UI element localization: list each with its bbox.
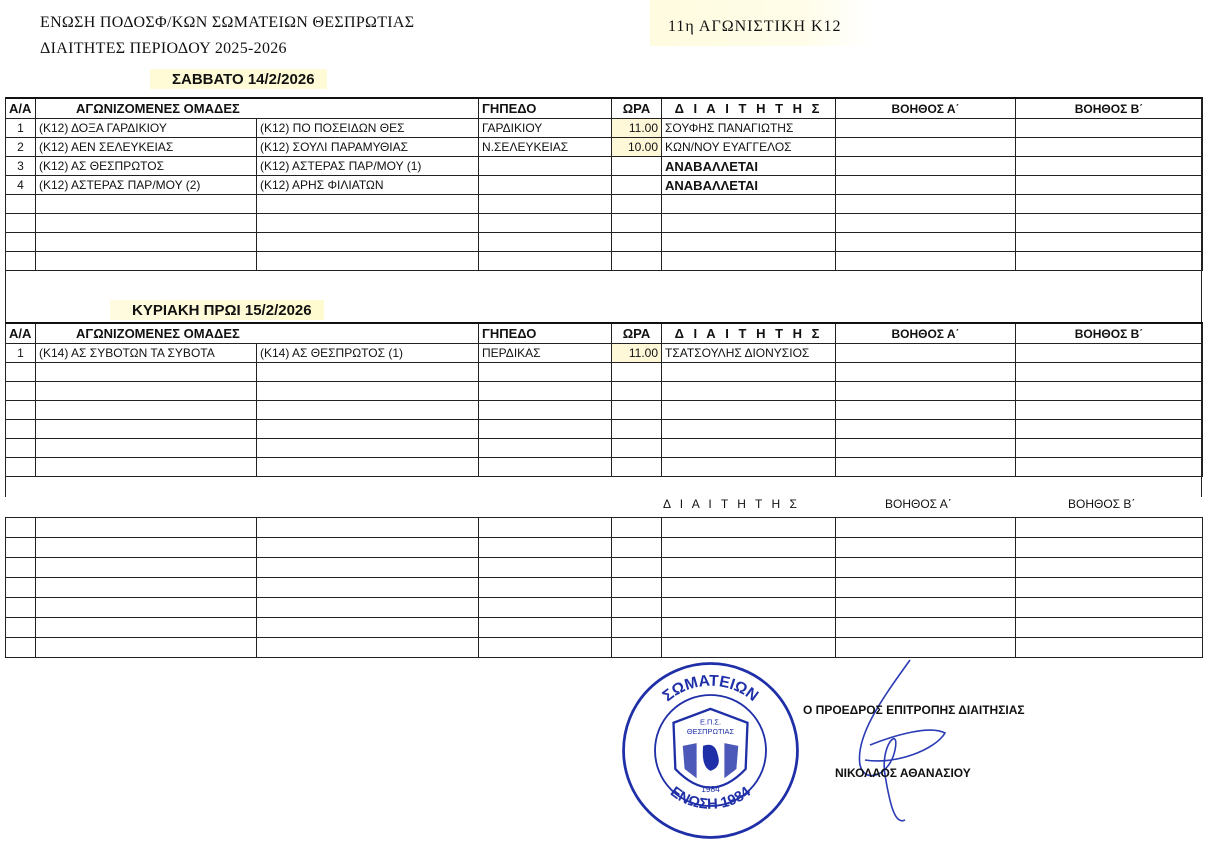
cell-away — [257, 458, 479, 477]
cell-referee — [662, 518, 836, 538]
table-row — [6, 458, 1203, 477]
cell-time — [612, 439, 662, 458]
table-row — [6, 420, 1203, 439]
cell-venue — [479, 420, 612, 439]
cell-away: (Κ12) ΣΟΥΛΙ ΠΑΡΑΜΥΘΙΑΣ — [257, 138, 479, 157]
cell-assistant-a — [836, 578, 1016, 598]
col-assistant-b: ΒΟΗΘΟΣ Β΄ — [1016, 323, 1203, 344]
cell-referee — [662, 578, 836, 598]
table-row — [6, 382, 1203, 401]
cell-time — [612, 382, 662, 401]
cell-referee — [662, 363, 836, 382]
cell-assistant-b — [1016, 233, 1203, 252]
cell-assistant-a — [836, 138, 1016, 157]
saturday-table: Α/Α ΑΓΩΝΙΖΟΜΕΝΕΣ ΟΜΑΔΕΣ ΓΗΠΕΔΟ ΩΡΑ Δ Ι Α… — [5, 97, 1203, 271]
cell-referee — [662, 233, 836, 252]
cell-assistant-b — [1016, 598, 1203, 618]
table-row — [6, 401, 1203, 420]
cell-venue — [479, 578, 612, 598]
cell-referee — [662, 382, 836, 401]
cell-venue: ΓΑΡΔΙΚΙΟΥ — [479, 119, 612, 138]
cell-time — [612, 538, 662, 558]
cell-home — [36, 401, 257, 420]
cell-away — [257, 382, 479, 401]
cell-aa — [6, 638, 36, 658]
cell-time — [612, 176, 662, 195]
cell-referee — [662, 638, 836, 658]
cell-away — [257, 538, 479, 558]
cell-aa — [6, 195, 36, 214]
table-row — [6, 233, 1203, 252]
cell-assistant-b — [1016, 638, 1203, 658]
cell-away — [257, 578, 479, 598]
table-row — [6, 363, 1203, 382]
cell-referee — [662, 214, 836, 233]
cell-home — [36, 458, 257, 477]
cell-referee — [662, 420, 836, 439]
extra-table — [5, 517, 1203, 658]
cell-time — [612, 233, 662, 252]
cell-assistant-b — [1016, 538, 1203, 558]
cell-home — [36, 233, 257, 252]
col-referee: Δ Ι Α Ι Τ Η Τ Η Σ — [662, 98, 836, 119]
cell-assistant-a — [836, 195, 1016, 214]
cell-assistant-a — [836, 252, 1016, 271]
cell-assistant-b — [1016, 420, 1203, 439]
cell-away: (Κ12) ΠΟ ΠΟΣΕΙΔΩΝ ΘΕΣ — [257, 119, 479, 138]
cell-home — [36, 195, 257, 214]
cell-aa — [6, 401, 36, 420]
cell-venue: ΠΕΡΔΙΚΑΣ — [479, 344, 612, 363]
cell-venue — [479, 538, 612, 558]
cell-home — [36, 439, 257, 458]
cell-aa: 1 — [6, 344, 36, 363]
cell-home — [36, 578, 257, 598]
table-row: 3(Κ12) ΑΣ ΘΕΣΠΡΩΤΟΣ(Κ12) ΑΣΤΕΡΑΣ ΠΑΡ/ΜΟΥ… — [6, 157, 1203, 176]
cell-aa — [6, 252, 36, 271]
cell-time: 11.00 — [612, 344, 662, 363]
period-subtitle: ΔΙΑΙΤΗΤΕΣ ΠΕΡΙΟΔΟΥ 2025-2026 — [40, 40, 287, 58]
extra-assistant-b-label: ΒΟΗΘΟΣ Β΄ — [1068, 497, 1135, 511]
cell-referee: ΤΣΑΤΣΟΥΛΗΣ ΔΙΟΝΥΣΙΟΣ — [662, 344, 836, 363]
cell-home — [36, 363, 257, 382]
extra-referee-label: Δ Ι Α Ι Τ Η Τ Η Σ — [663, 497, 800, 511]
cell-venue — [479, 598, 612, 618]
cell-assistant-b — [1016, 176, 1203, 195]
cell-time — [612, 618, 662, 638]
cell-away — [257, 363, 479, 382]
cell-time — [612, 195, 662, 214]
president-title: Ο ΠΡΟΕΔΡΟΣ ΕΠΙΤΡΟΠΗΣ ΔΙΑΙΤΗΣΙΑΣ — [803, 703, 1025, 717]
association-stamp: ΣΩΜΑΤΕΙΩΝ ΕΝΩΣΗ 1984 Ε.Π.Σ. ΘΕΣΠΡΩΤΙΑΣ 1… — [618, 658, 803, 843]
cell-aa — [6, 538, 36, 558]
cell-time: 11.00 — [612, 119, 662, 138]
extra-assistant-a-label: ΒΟΗΘΟΣ Α΄ — [885, 497, 952, 511]
cell-assistant-b — [1016, 618, 1203, 638]
cell-aa — [6, 214, 36, 233]
cell-referee: ΑΝΑΒΑΛΛΕΤΑΙ — [662, 176, 836, 195]
table-row: 4(Κ12) ΑΣΤΕΡΑΣ ΠΑΡ/ΜΟΥ (2)(Κ12) ΑΡΗΣ ΦΙΛ… — [6, 176, 1203, 195]
svg-text:1984: 1984 — [701, 784, 720, 794]
cell-assistant-a — [836, 618, 1016, 638]
cell-assistant-b — [1016, 458, 1203, 477]
cell-time — [612, 558, 662, 578]
cell-assistant-a — [836, 458, 1016, 477]
table-header: Α/Α ΑΓΩΝΙΖΟΜΕΝΕΣ ΟΜΑΔΕΣ ΓΗΠΕΔΟ ΩΡΑ Δ Ι Α… — [6, 98, 1203, 119]
cell-home — [36, 382, 257, 401]
cell-assistant-a — [836, 157, 1016, 176]
cell-assistant-a — [836, 401, 1016, 420]
cell-assistant-b — [1016, 382, 1203, 401]
cell-assistant-a — [836, 176, 1016, 195]
col-venue: ΓΗΠΕΔΟ — [479, 323, 612, 344]
col-aa: Α/Α — [6, 323, 36, 344]
cell-time: 10.00 — [612, 138, 662, 157]
cell-venue — [479, 458, 612, 477]
cell-assistant-b — [1016, 344, 1203, 363]
cell-aa — [6, 363, 36, 382]
cell-away — [257, 518, 479, 538]
cell-away — [257, 439, 479, 458]
cell-aa — [6, 558, 36, 578]
table-row — [6, 598, 1203, 618]
cell-assistant-a — [836, 538, 1016, 558]
cell-venue — [479, 214, 612, 233]
cell-time — [612, 363, 662, 382]
cell-home: (Κ12) ΑΕΝ ΣΕΛΕΥΚΕΙΑΣ — [36, 138, 257, 157]
cell-assistant-b — [1016, 252, 1203, 271]
cell-venue — [479, 518, 612, 538]
cell-venue — [479, 195, 612, 214]
col-assistant-b: ΒΟΗΘΟΣ Β΄ — [1016, 98, 1203, 119]
table-row — [6, 518, 1203, 538]
cell-home — [36, 538, 257, 558]
cell-assistant-b — [1016, 195, 1203, 214]
cell-venue — [479, 252, 612, 271]
col-time: ΩΡΑ — [612, 98, 662, 119]
cell-assistant-b — [1016, 214, 1203, 233]
cell-venue — [479, 382, 612, 401]
cell-time — [612, 518, 662, 538]
cell-home: (Κ14) ΑΣ ΣΥΒΟΤΩΝ ΤΑ ΣΥΒΟΤΑ — [36, 344, 257, 363]
cell-assistant-a — [836, 214, 1016, 233]
cell-away — [257, 598, 479, 618]
cell-venue — [479, 439, 612, 458]
cell-time — [612, 252, 662, 271]
cell-referee — [662, 195, 836, 214]
table-row — [6, 578, 1203, 598]
cell-away: (Κ14) ΑΣ ΘΕΣΠΡΩΤΟΣ (1) — [257, 344, 479, 363]
cell-time — [612, 638, 662, 658]
table-row — [6, 252, 1203, 271]
cell-aa: 1 — [6, 119, 36, 138]
cell-referee: ΑΝΑΒΑΛΛΕΤΑΙ — [662, 157, 836, 176]
cell-home — [36, 618, 257, 638]
cell-venue: Ν.ΣΕΛΕΥΚΕΙΑΣ — [479, 138, 612, 157]
cell-away — [257, 401, 479, 420]
cell-venue — [479, 401, 612, 420]
sunday-label: ΚΥΡΙΑΚΗ ΠΡΩΙ 15/2/2026 — [110, 300, 324, 320]
cell-venue — [479, 157, 612, 176]
table-row — [6, 638, 1203, 658]
cell-home — [36, 518, 257, 538]
cell-time — [612, 157, 662, 176]
saturday-label: ΣΑΒΒΑΤΟ 14/2/2026 — [150, 69, 327, 89]
cell-aa — [6, 439, 36, 458]
cell-time — [612, 401, 662, 420]
cell-assistant-a — [836, 344, 1016, 363]
cell-venue — [479, 558, 612, 578]
cell-aa — [6, 382, 36, 401]
cell-venue — [479, 638, 612, 658]
cell-venue — [479, 233, 612, 252]
cell-assistant-a — [836, 233, 1016, 252]
cell-away — [257, 252, 479, 271]
cell-home — [36, 638, 257, 658]
cell-home — [36, 558, 257, 578]
col-assistant-a: ΒΟΗΘΟΣ Α΄ — [836, 323, 1016, 344]
cell-assistant-a — [836, 558, 1016, 578]
cell-assistant-b — [1016, 119, 1203, 138]
cell-venue — [479, 176, 612, 195]
table-row: 2(Κ12) ΑΕΝ ΣΕΛΕΥΚΕΙΑΣ(Κ12) ΣΟΥΛΙ ΠΑΡΑΜΥΘ… — [6, 138, 1203, 157]
cell-away — [257, 420, 479, 439]
cell-assistant-b — [1016, 439, 1203, 458]
cell-assistant-b — [1016, 138, 1203, 157]
cell-home: (Κ12) ΔΟΞΑ ΓΑΡΔΙΚΙΟΥ — [36, 119, 257, 138]
cell-away: (Κ12) ΑΣΤΕΡΑΣ ΠΑΡ/ΜΟΥ (1) — [257, 157, 479, 176]
cell-away — [257, 214, 479, 233]
table-row — [6, 439, 1203, 458]
table-row: 1(Κ12) ΔΟΞΑ ΓΑΡΔΙΚΙΟΥ(Κ12) ΠΟ ΠΟΣΕΙΔΩΝ Θ… — [6, 119, 1203, 138]
signature — [835, 655, 955, 830]
cell-assistant-a — [836, 119, 1016, 138]
col-assistant-a: ΒΟΗΘΟΣ Α΄ — [836, 98, 1016, 119]
table-row — [6, 558, 1203, 578]
cell-aa — [6, 233, 36, 252]
cell-time — [612, 598, 662, 618]
col-teams: ΑΓΩΝΙΖΟΜΕΝΕΣ ΟΜΑΔΕΣ — [36, 323, 479, 344]
cell-assistant-a — [836, 363, 1016, 382]
cell-home — [36, 214, 257, 233]
cell-aa — [6, 618, 36, 638]
cell-away — [257, 195, 479, 214]
svg-text:Ε.Π.Σ.: Ε.Π.Σ. — [700, 718, 721, 727]
cell-time — [612, 214, 662, 233]
cell-aa — [6, 578, 36, 598]
cell-away — [257, 558, 479, 578]
table-row — [6, 214, 1203, 233]
cell-referee — [662, 558, 836, 578]
organization-title: ΕΝΩΣΗ ΠΟΔΟΣΦ/ΚΩΝ ΣΩΜΑΤΕΙΩΝ ΘΕΣΠΡΩΤΙΑΣ — [40, 14, 414, 32]
cell-home — [36, 252, 257, 271]
cell-referee — [662, 458, 836, 477]
table-row — [6, 618, 1203, 638]
cell-aa: 2 — [6, 138, 36, 157]
cell-assistant-b — [1016, 363, 1203, 382]
cell-aa — [6, 518, 36, 538]
table-row — [6, 195, 1203, 214]
col-teams: ΑΓΩΝΙΖΟΜΕΝΕΣ ΟΜΑΔΕΣ — [36, 98, 479, 119]
cell-assistant-a — [836, 598, 1016, 618]
col-time: ΩΡΑ — [612, 323, 662, 344]
sunday-table: Α/Α ΑΓΩΝΙΖΟΜΕΝΕΣ ΟΜΑΔΕΣ ΓΗΠΕΔΟ ΩΡΑ Δ Ι Α… — [5, 322, 1203, 477]
svg-text:ΣΩΜΑΤΕΙΩΝ: ΣΩΜΑΤΕΙΩΝ — [660, 673, 762, 705]
col-venue: ΓΗΠΕΔΟ — [479, 98, 612, 119]
cell-aa — [6, 458, 36, 477]
cell-assistant-b — [1016, 578, 1203, 598]
cell-home: (Κ12) ΑΣ ΘΕΣΠΡΩΤΟΣ — [36, 157, 257, 176]
svg-text:ΘΕΣΠΡΩΤΙΑΣ: ΘΕΣΠΡΩΤΙΑΣ — [687, 727, 735, 736]
cell-referee — [662, 538, 836, 558]
cell-assistant-b — [1016, 401, 1203, 420]
cell-assistant-b — [1016, 157, 1203, 176]
cell-home: (Κ12) ΑΣΤΕΡΑΣ ΠΑΡ/ΜΟΥ (2) — [36, 176, 257, 195]
table-row — [6, 538, 1203, 558]
round-title: 11η ΑΓΩΝΙΣΤΙΚΗ Κ12 — [650, 0, 872, 46]
cell-assistant-b — [1016, 518, 1203, 538]
cell-aa: 4 — [6, 176, 36, 195]
cell-home — [36, 420, 257, 439]
col-aa: Α/Α — [6, 98, 36, 119]
cell-referee: ΣΟΥΦΗΣ ΠΑΝΑΓΙΩΤΗΣ — [662, 119, 836, 138]
cell-referee: ΚΩΝ/ΝΟΥ ΕΥΑΓΓΕΛΟΣ — [662, 138, 836, 157]
cell-time — [612, 578, 662, 598]
cell-assistant-b — [1016, 558, 1203, 578]
cell-away — [257, 233, 479, 252]
cell-assistant-a — [836, 518, 1016, 538]
president-name: ΝΙΚΟΛΑΟΣ ΑΘΑΝΑΣΙΟΥ — [835, 766, 971, 780]
cell-venue — [479, 363, 612, 382]
cell-aa — [6, 598, 36, 618]
cell-venue — [479, 618, 612, 638]
cell-away — [257, 618, 479, 638]
cell-home — [36, 598, 257, 618]
table-header: Α/Α ΑΓΩΝΙΖΟΜΕΝΕΣ ΟΜΑΔΕΣ ΓΗΠΕΔΟ ΩΡΑ Δ Ι Α… — [6, 323, 1203, 344]
col-referee: Δ Ι Α Ι Τ Η Τ Η Σ — [662, 323, 836, 344]
table-row: 1(Κ14) ΑΣ ΣΥΒΟΤΩΝ ΤΑ ΣΥΒΟΤΑ(Κ14) ΑΣ ΘΕΣΠ… — [6, 344, 1203, 363]
cell-referee — [662, 598, 836, 618]
cell-assistant-a — [836, 420, 1016, 439]
cell-assistant-a — [836, 382, 1016, 401]
cell-time — [612, 458, 662, 477]
cell-away — [257, 638, 479, 658]
cell-referee — [662, 618, 836, 638]
cell-time — [612, 420, 662, 439]
cell-assistant-a — [836, 439, 1016, 458]
cell-referee — [662, 252, 836, 271]
cell-aa: 3 — [6, 157, 36, 176]
cell-referee — [662, 439, 836, 458]
cell-aa — [6, 420, 36, 439]
cell-away: (Κ12) ΑΡΗΣ ΦΙΛΙΑΤΩΝ — [257, 176, 479, 195]
cell-referee — [662, 401, 836, 420]
